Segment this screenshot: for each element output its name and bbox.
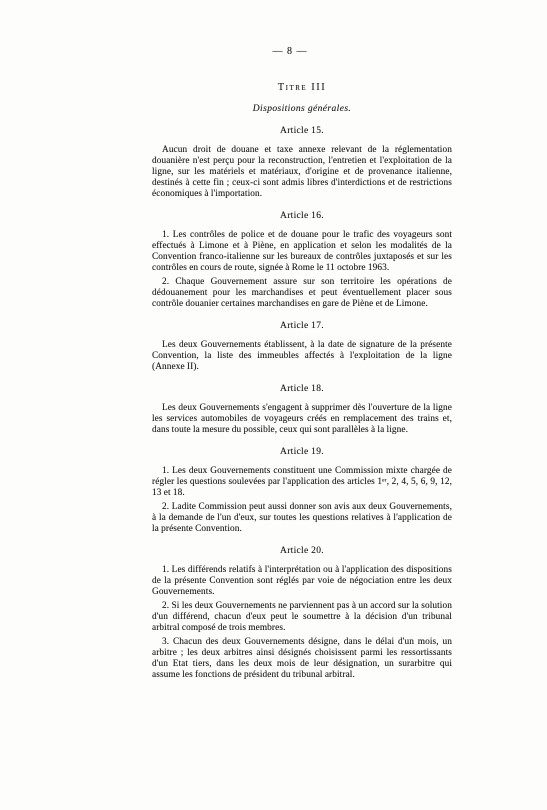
article-section: Article 16. 1. Les contrôles de police e… <box>152 210 452 310</box>
article-paragraph: Aucun droit de douane et taxe annexe rel… <box>152 145 452 200</box>
article-heading: Article 19. <box>152 446 452 458</box>
article-paragraph: Les deux Gouvernements établissent, à la… <box>152 340 452 373</box>
article-paragraph: 1. Les différends relatifs à l'interprét… <box>152 565 452 598</box>
section-subtitle: Dispositions générales. <box>152 103 452 115</box>
article-heading: Article 15. <box>152 125 452 137</box>
article-section: Article 17. Les deux Gouvernements établ… <box>152 320 452 373</box>
article-paragraph: 2. Chaque Gouvernement assure sur son te… <box>152 277 452 310</box>
article-heading: Article 20. <box>152 545 452 557</box>
article-heading: Article 18. <box>152 383 452 395</box>
article-heading: Article 16. <box>152 210 452 222</box>
article-paragraph: 3. Chacun des deux Gouvernements désigne… <box>152 637 452 681</box>
page-number: — 8 — <box>140 46 440 58</box>
text-column: Titre III Dispositions générales. Articl… <box>152 82 452 681</box>
article-paragraph: 2. Ladite Commission peut aussi donner s… <box>152 502 452 535</box>
article-section: Article 19. 1. Les deux Gouvernements co… <box>152 446 452 535</box>
article-paragraph: 2. Si les deux Gouvernements ne parvienn… <box>152 601 452 634</box>
article-paragraph: Les deux Gouvernements s'engagent à supp… <box>152 403 452 436</box>
article-heading: Article 17. <box>152 320 452 332</box>
article-paragraph: 1. Les contrôles de police et de douane … <box>152 230 452 274</box>
article-section: Article 20. 1. Les différends relatifs à… <box>152 545 452 681</box>
document-page: — 8 — Titre III Dispositions générales. … <box>0 0 547 810</box>
section-title: Titre III <box>152 82 452 94</box>
article-section: Article 18. Les deux Gouvernements s'eng… <box>152 383 452 436</box>
article-paragraph: 1. Les deux Gouvernements constituent un… <box>152 466 452 499</box>
article-section: Article 15. Aucun droit de douane et tax… <box>152 125 452 200</box>
